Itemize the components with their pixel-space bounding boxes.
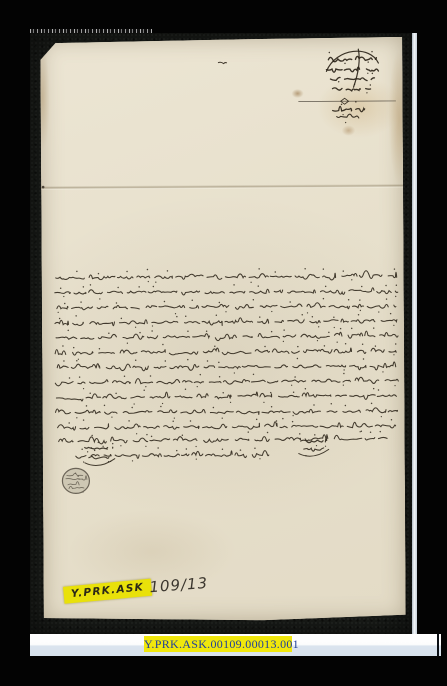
- document-page: Y.PRK.ASK 109/13: [40, 37, 406, 622]
- scanner-edge-strip: [412, 33, 417, 634]
- scan-viewer-background: Y.PRK.ASK 109/13 Y.PRK.ASK.00109.00013.0…: [0, 0, 447, 686]
- ink-seal-stamp: [62, 468, 89, 493]
- footer-edge-mark: [437, 634, 439, 656]
- reference-label: Y.PRK.ASK.00109.00013.001: [144, 636, 292, 652]
- manuscript-ink-layer: [40, 37, 406, 622]
- scan-footer-bar: Y.PRK.ASK.00109.00013.001: [30, 634, 441, 656]
- body-handwriting: [42, 184, 399, 463]
- letterhead-calligraphy: [218, 49, 395, 124]
- signature-flourish: [85, 434, 329, 466]
